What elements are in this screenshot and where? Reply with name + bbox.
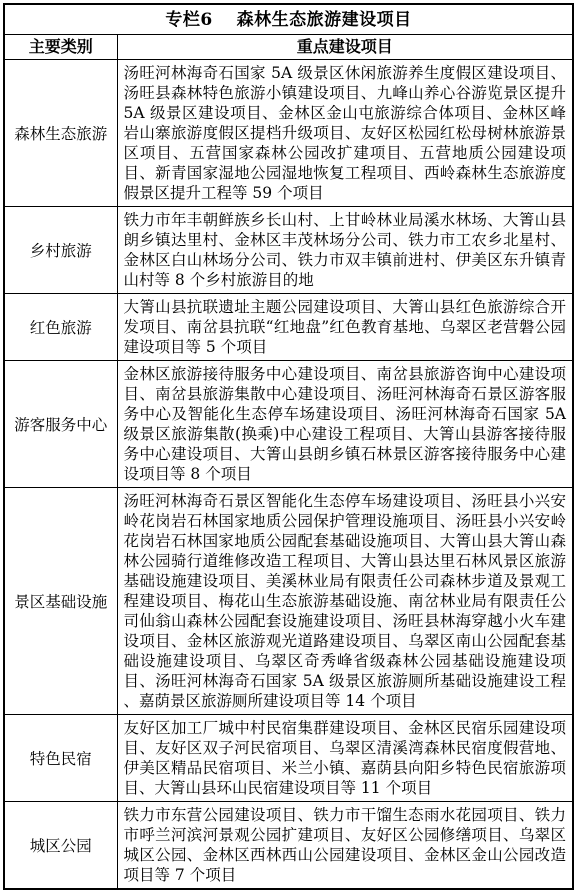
table-title: 专栏6 森林生态旅游建设项目 xyxy=(4,4,573,35)
header-category: 主要类别 xyxy=(4,35,117,60)
header-projects: 重点建设项目 xyxy=(117,35,573,60)
category-label: 景区基础设施 xyxy=(4,488,117,715)
table-row-scenic-infrastructure: 景区基础设施 汤旺河林海奇石景区智能化生态停车场建设项目、汤旺县小兴安岭花岗岩石… xyxy=(4,488,573,715)
table-row-featured-homestay: 特色民宿 友好区加工厂城中村民宿集群建设项目、金林区民宿乐园建设项目、友好区双子… xyxy=(4,715,573,802)
category-label: 森林生态旅游 xyxy=(4,60,117,207)
projects-text: 铁力市东营公园建设项目、铁力市干馏生态雨水花园项目、铁力市呼兰河滨河景观公园扩建… xyxy=(117,802,573,890)
table-header-row: 主要类别 重点建设项目 xyxy=(4,35,573,60)
category-label: 红色旅游 xyxy=(4,294,117,361)
projects-text: 友好区加工厂城中村民宿集群建设项目、金林区民宿乐园建设项目、友好区双子河民宿项目… xyxy=(117,715,573,802)
table-row-urban-parks: 城区公园 铁力市东营公园建设项目、铁力市干馏生态雨水花园项目、铁力市呼兰河滨河景… xyxy=(4,802,573,890)
projects-text: 大箐山县抗联遗址主题公园建设项目、大箐山县红色旅游综合开发项目、南岔县抗联“红地… xyxy=(117,294,573,361)
projects-text: 汤旺河林海奇石景区智能化生态停车场建设项目、汤旺县小兴安岭花岗岩石林国家地质公园… xyxy=(117,488,573,715)
category-label: 游客服务中心 xyxy=(4,361,117,488)
category-label: 城区公园 xyxy=(4,802,117,890)
table-title-row: 专栏6 森林生态旅游建设项目 xyxy=(4,4,573,35)
category-label: 乡村旅游 xyxy=(4,207,117,294)
projects-text: 铁力市年丰朝鲜族乡长山村、上甘岭林业局溪水林场、大箐山县朗乡镇达里村、金林区丰茂… xyxy=(117,207,573,294)
projects-text: 金林区旅游接待服务中心建设项目、南岔县旅游咨询中心建设项目、南岔县旅游集散中心建… xyxy=(117,361,573,488)
table-row-forest-eco-tourism: 森林生态旅游 汤旺河林海奇石国家 5A 级景区休闲旅游养生度假区建设项目、汤旺县… xyxy=(4,60,573,207)
projects-text: 汤旺河林海奇石国家 5A 级景区休闲旅游养生度假区建设项目、汤旺县森林特色旅游小… xyxy=(117,60,573,207)
category-label: 特色民宿 xyxy=(4,715,117,802)
table-row-rural-tourism: 乡村旅游 铁力市年丰朝鲜族乡长山村、上甘岭林业局溪水林场、大箐山县朗乡镇达里村、… xyxy=(4,207,573,294)
table-row-visitor-center: 游客服务中心 金林区旅游接待服务中心建设项目、南岔县旅游咨询中心建设项目、南岔县… xyxy=(4,361,573,488)
projects-table: 专栏6 森林生态旅游建设项目 主要类别 重点建设项目 森林生态旅游 汤旺河林海奇… xyxy=(3,3,574,890)
document-page: 专栏6 森林生态旅游建设项目 主要类别 重点建设项目 森林生态旅游 汤旺河林海奇… xyxy=(0,0,577,893)
table-row-red-tourism: 红色旅游 大箐山县抗联遗址主题公园建设项目、大箐山县红色旅游综合开发项目、南岔县… xyxy=(4,294,573,361)
